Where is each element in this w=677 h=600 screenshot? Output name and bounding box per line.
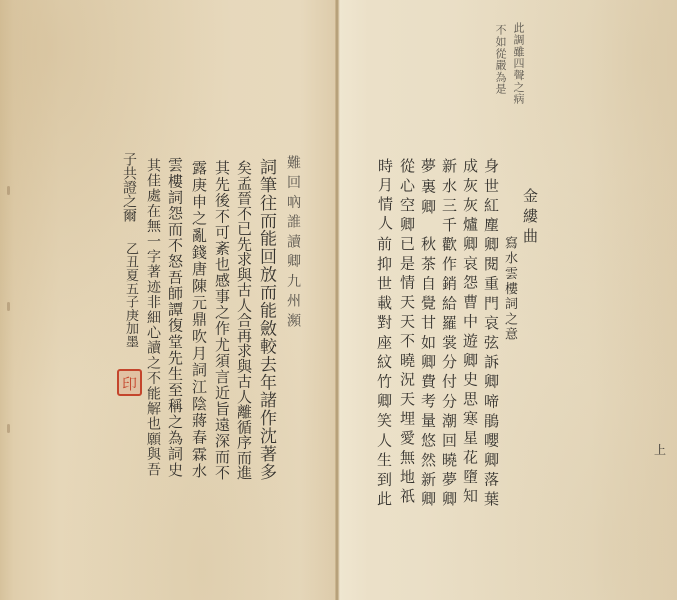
poem-title: 金縷曲 <box>521 188 537 243</box>
red-seal-stamp: 印 <box>117 369 142 396</box>
right-text-column-6-top: 時月情人 <box>376 158 392 230</box>
book-spine-fold <box>335 0 340 600</box>
left-text-column-6: 其佳處在無一字著迹非細心讀之不能解也願與吾 <box>145 158 160 476</box>
left-title-note: 難回吶誰讀卿九州瀕 <box>285 155 300 327</box>
binding-hole <box>7 302 10 311</box>
left-text-column-4: 露庚申之亂錢唐陳元鼎吹月詞江陰蔣春霖水 <box>190 160 206 478</box>
right-text-column-5: 從心空卿已是情天天不曉況天埋愛無地祇 <box>398 158 414 503</box>
margin-note-2: 不如從嚴為是 <box>494 24 506 94</box>
poem-subtitle: 寫水雲樓詞之意 <box>502 236 516 340</box>
left-text-column-7: 子共證之爾 <box>121 152 136 222</box>
binding-hole <box>7 186 10 195</box>
signature-date: 乙丑夏五子庚加墨 <box>123 242 137 348</box>
right-text-column-4-bottom: 秋茶自覺甘如卿費考量悠然新卿 <box>419 236 435 506</box>
left-text-column-1: 詞筆往而能回放而能斂較去年諸作沈著多 <box>256 158 274 480</box>
right-text-column-1: 身世紅塵卿閱重門哀弦訴卿啼鵑嚶卿落葉 <box>482 158 498 506</box>
margin-note-1: 此調雖四聲之病 <box>512 22 524 104</box>
page-mark: 上 <box>654 444 666 456</box>
right-text-column-3: 新水三千歡作銷給羅裳分付分潮回曉夢卿 <box>440 158 456 506</box>
right-text-column-2: 成灰灰爐卿哀怨曹中遊卿史思寒星花墮知 <box>461 158 477 503</box>
left-text-column-5: 雲樓詞怨而不怒吾師譚復堂先生至稱之為詞史 <box>166 157 182 477</box>
left-text-column-2: 矣孟晉不已先求與古人合再求與古人離循序而進 <box>235 160 251 480</box>
right-text-column-6-bottom: 前抑世載對座紋竹卿笑人生到此 <box>375 236 391 506</box>
binding-hole <box>7 424 10 433</box>
right-text-column-4-top: 夢裏卿 <box>419 158 435 214</box>
left-text-column-3: 其先後不可紊也感事之作尤須言近旨遠深而不 <box>213 160 229 480</box>
manuscript-spread: 難回吶誰讀卿九州瀕 詞筆往而能回放而能斂較去年諸作沈著多 矣孟晉不已先求與古人合… <box>0 0 677 600</box>
